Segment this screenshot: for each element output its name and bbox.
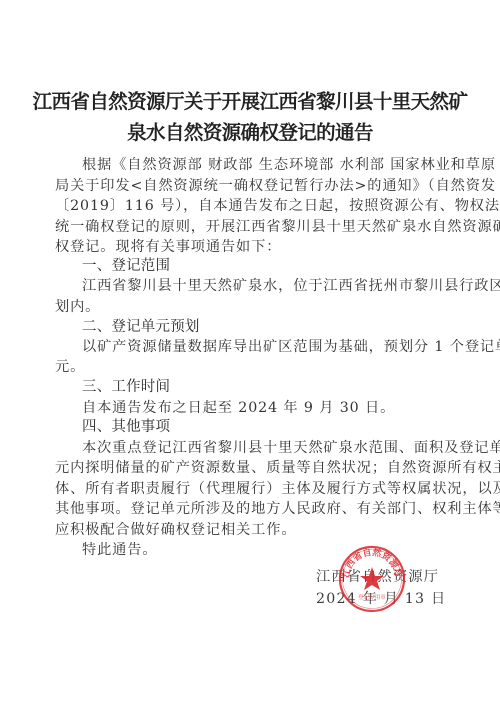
body-text-line: 统一确权登记的原则，开展江西省黎川县十里天然矿泉水自然资源确: [55, 217, 500, 237]
body-text-line: 〔2019〕116 号），自本通告发布之日起，按照资源公有、物权法定和: [55, 196, 500, 216]
section-heading: 一、登记范围: [82, 256, 170, 276]
body-text-line: 权登记。现将有关事项通告如下：: [55, 237, 281, 257]
document-title-line-2: 泉水自然资源确权登记的通告: [0, 117, 500, 145]
official-seal-icon: 江西省自然资源厅 登记专用章: [338, 545, 406, 613]
section-heading: 四、其他事项: [82, 417, 170, 437]
section-heading: 三、工作时间: [82, 377, 170, 397]
body-text-line: 本次重点登记江西省黎川县十里天然矿泉水范围、面积及登记单: [82, 438, 500, 458]
body-text-line: 划内。: [55, 297, 100, 317]
body-text-line: 自本通告发布之日起至 2024 年 9 月 30 日。: [82, 398, 395, 418]
body-text-line: 应积极配合做好确权登记相关工作。: [55, 520, 296, 540]
document-page: 江西省自然资源厅关于开展江西省黎川县十里天然矿 泉水自然资源确权登记的通告 根据…: [0, 0, 500, 708]
svg-text:登记专用章: 登记专用章: [358, 593, 386, 601]
body-text-line: 根据《自然资源部 财政部 生态环境部 水利部 国家林业和草原: [82, 155, 496, 175]
body-text-line: 其他事项。登记单元所涉及的地方人民政府、有关部门、权利主体等，: [55, 499, 500, 519]
body-text-line: 体、所有者职责履行（代理履行）主体及履行方式等权属状况，以及: [55, 479, 500, 499]
body-text-line: 元。: [55, 357, 85, 377]
body-text-line: 江西省黎川县十里天然矿泉水，位于江西省抚州市黎川县行政区: [82, 276, 500, 296]
section-heading: 二、登记单元预划: [82, 317, 200, 337]
body-text-line: 特此通告。: [82, 540, 157, 560]
body-text-line: 元内探明储量的矿产资源数量、质量等自然状况；自然资源所有权主: [55, 458, 500, 478]
body-text-line: 以矿产资源储量数据库导出矿区范围为基础，预划分 1 个登记单: [82, 337, 500, 357]
document-title-line-1: 江西省自然资源厅关于开展江西省黎川县十里天然矿: [0, 86, 500, 114]
body-text-line: 局关于印发<自然资源统一确权登记暂行办法>的通知》（自然资发: [55, 176, 496, 196]
